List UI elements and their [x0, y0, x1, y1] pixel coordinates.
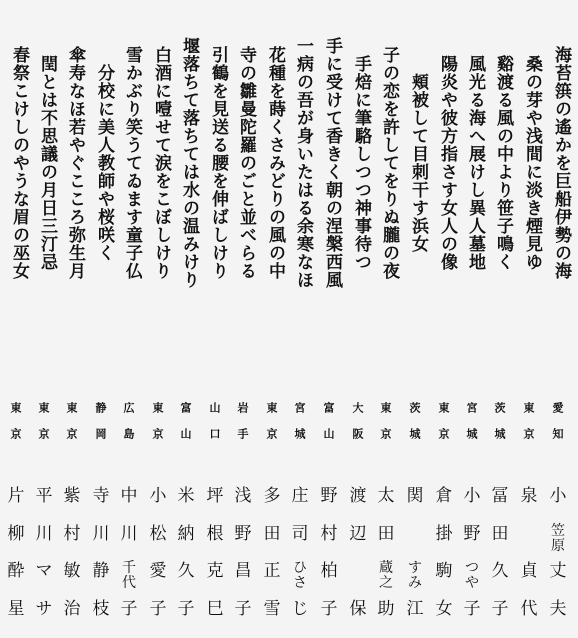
author-char: 子	[492, 599, 509, 619]
author-char: 中	[121, 486, 138, 506]
author-char: 笠	[551, 524, 565, 539]
author-char: 貞	[521, 561, 538, 581]
haiku-text: 寺の雛曼陀羅のごと並べらる	[231, 13, 255, 313]
author-char: 克	[207, 561, 224, 581]
author-char: サ	[36, 599, 53, 619]
author-char: 巳	[207, 599, 224, 619]
author-name: 冨田久子	[488, 486, 512, 636]
author-char: 丈	[550, 561, 567, 581]
author-name: 庄司ひさじ	[288, 486, 312, 636]
author-char: 夫	[550, 599, 567, 619]
author-name: 平川マサ	[32, 486, 56, 636]
author-char: 渡	[350, 486, 367, 506]
prefecture-label: 東京	[432, 402, 456, 454]
prefecture-label: 富山	[174, 402, 198, 454]
haiku-text: 手焙に筆駱しつつ神事待つ	[346, 13, 370, 313]
author-char: 千	[122, 561, 136, 576]
author-name: 太田蔵之助	[374, 486, 398, 636]
author-char: 紫	[64, 486, 81, 506]
author-char: 代	[521, 599, 538, 619]
author-char: 掛	[436, 524, 453, 544]
author-char: 柳	[8, 524, 25, 544]
author-char: 川	[36, 524, 53, 544]
prefecture-label: 広島	[117, 402, 141, 454]
author-name: 野村柏子	[317, 486, 341, 636]
haiku-text: 引鶴を見送る腰を伸ばしけり	[203, 13, 227, 313]
prefecture-label: 大阪	[346, 402, 370, 454]
author-char: 江	[407, 599, 424, 619]
author-char: 子	[150, 599, 167, 619]
haiku-text: 閏とは不思議の月日三汀忌	[32, 13, 56, 313]
author-name: 中川千代子	[117, 486, 141, 636]
author-char: 多	[264, 486, 281, 506]
author-char: 川	[121, 524, 138, 544]
author-char: 根	[207, 524, 224, 544]
author-char: 太	[378, 486, 395, 506]
author-char: さ	[293, 576, 307, 591]
author-char: 野	[235, 524, 252, 544]
prefecture-label: 愛知	[546, 402, 570, 454]
author-char: 子	[464, 599, 481, 619]
author-name: 小松愛子	[146, 486, 170, 636]
author-char: 村	[64, 524, 81, 544]
prefecture-label: 山口	[203, 402, 227, 454]
author-name: 渡辺保	[346, 486, 370, 636]
author-char: 田	[378, 524, 395, 544]
haiku-text: 桑の芽や浅間に淡き煙見ゆ	[517, 13, 541, 313]
haiku-text: 雪かぶり笑うてゐます童子仏	[117, 13, 141, 313]
prefecture-label: 東京	[60, 402, 84, 454]
author-char: 子	[321, 599, 338, 619]
author-char: 納	[178, 524, 195, 544]
haiku-text: 傘寿なほ若やぐこころ弥生月	[60, 13, 84, 313]
author-char: 酔	[8, 561, 25, 581]
author-char: 之	[379, 576, 393, 591]
prefecture-label: 岩手	[231, 402, 255, 454]
prefecture-label: 東京	[260, 402, 284, 454]
author-char: 女	[436, 599, 453, 619]
prefecture-label: 東京	[374, 402, 398, 454]
author-char: み	[408, 576, 422, 591]
author-char: 野	[321, 486, 338, 506]
author-char: つ	[465, 561, 479, 576]
author-char: 米	[178, 486, 195, 506]
author-name: 片柳酔星	[4, 486, 28, 636]
author-char: 小	[150, 486, 167, 506]
author-char: 枝	[93, 599, 110, 619]
author-char: 正	[264, 561, 281, 581]
author-char: 片	[8, 486, 25, 506]
author-char: 寺	[93, 486, 110, 506]
author-char: 愛	[150, 561, 167, 581]
author-char: 平	[36, 486, 53, 506]
prefecture-label: 東京	[4, 402, 28, 454]
prefecture-label: 東京	[146, 402, 170, 454]
author-char: 関	[407, 486, 424, 506]
author-char: 原	[551, 539, 565, 554]
author-char: 田	[492, 524, 509, 544]
author-char: 代	[122, 576, 136, 591]
author-char: 星	[8, 599, 25, 619]
haiku-text: 堰落ちて落ちては水の温みけり	[174, 13, 198, 313]
author-char: 庄	[292, 486, 309, 506]
haiku-text: 海苔篊の遙かを巨船伊勢の海	[546, 13, 570, 313]
author-char: 川	[93, 524, 110, 544]
haiku-text: 子の恋を許してをりぬ朧の夜	[374, 13, 398, 313]
author-char: す	[408, 561, 422, 576]
prefecture-label: 富山	[317, 402, 341, 454]
author-char: 雪	[264, 599, 281, 619]
haiku-text: 花種を蒔くさみどりの風の中	[260, 13, 284, 313]
author-name: 多田正雪	[260, 486, 284, 636]
author-char: 坪	[207, 486, 224, 506]
author-char: 敏	[64, 561, 81, 581]
author-char: 松	[150, 524, 167, 544]
author-char: 子	[235, 599, 252, 619]
author-char: 辺	[350, 524, 367, 544]
author-char: 保	[350, 599, 367, 619]
haiku-text: 白酒に噎せて涙をこぼしけり	[146, 13, 170, 313]
author-char: 子	[178, 599, 195, 619]
author-char: 泉	[521, 486, 538, 506]
author-char: 司	[292, 524, 309, 544]
author-name: 浅野昌子	[231, 486, 255, 636]
prefecture-label: 茨城	[403, 402, 427, 454]
author-char: 村	[321, 524, 338, 544]
author-name: 米納久子	[174, 486, 198, 636]
haiku-text: 頬被して目刺干す浜女	[403, 13, 427, 313]
author-char: 田	[264, 524, 281, 544]
haiku-text: 春祭こけしのやうな眉の巫女	[4, 13, 28, 313]
author-name: 紫村敏治	[60, 486, 84, 636]
author-name: 倉掛駒女	[432, 486, 456, 636]
author-char: 静	[93, 561, 110, 581]
author-name: 寺川静枝	[89, 486, 113, 636]
haiku-text: 陽炎や彼方指さす女人の像	[432, 13, 456, 313]
prefecture-label: 宮城	[288, 402, 312, 454]
author-char: 助	[378, 599, 395, 619]
prefecture-label: 東京	[517, 402, 541, 454]
author-char: 冨	[492, 486, 509, 506]
prefecture-label: 静岡	[89, 402, 113, 454]
author-char: 昌	[235, 561, 252, 581]
author-char: ひ	[293, 561, 307, 576]
author-char: や	[465, 576, 479, 591]
author-char: 駒	[436, 561, 453, 581]
author-char: 久	[492, 561, 509, 581]
author-char: 野	[464, 524, 481, 544]
author-char: マ	[36, 561, 53, 581]
haiku-text: 谿渡る風の中より笹子鳴く	[488, 13, 512, 313]
author-char: 柏	[321, 561, 338, 581]
author-char: 久	[178, 561, 195, 581]
haiku-text: 分校に美人教師や桜咲く	[89, 13, 113, 313]
author-char: 蔵	[379, 561, 393, 576]
haiku-text: 手に受けて香きく朝の涅槃西風	[317, 13, 341, 313]
author-name: 小野つや子	[460, 486, 484, 636]
prefecture-label: 東京	[32, 402, 56, 454]
author-name: 坪根克巳	[203, 486, 227, 636]
haiku-text: 一病の吾が身いたはる余寒なほ	[288, 13, 312, 313]
author-name: 関すみ江	[403, 486, 427, 636]
author-char: 浅	[235, 486, 252, 506]
author-char: 倉	[436, 486, 453, 506]
prefecture-label: 茨城	[488, 402, 512, 454]
author-char: じ	[292, 599, 309, 619]
author-char: 治	[64, 599, 81, 619]
author-char: 小	[550, 486, 567, 506]
author-char: 小	[464, 486, 481, 506]
prefecture-label: 宮城	[460, 402, 484, 454]
author-name: 小笠原丈夫	[546, 486, 570, 636]
haiku-text: 風光る海へ展けし異人墓地	[460, 13, 484, 313]
author-name: 泉貞代	[517, 486, 541, 636]
author-char: 子	[121, 599, 138, 619]
